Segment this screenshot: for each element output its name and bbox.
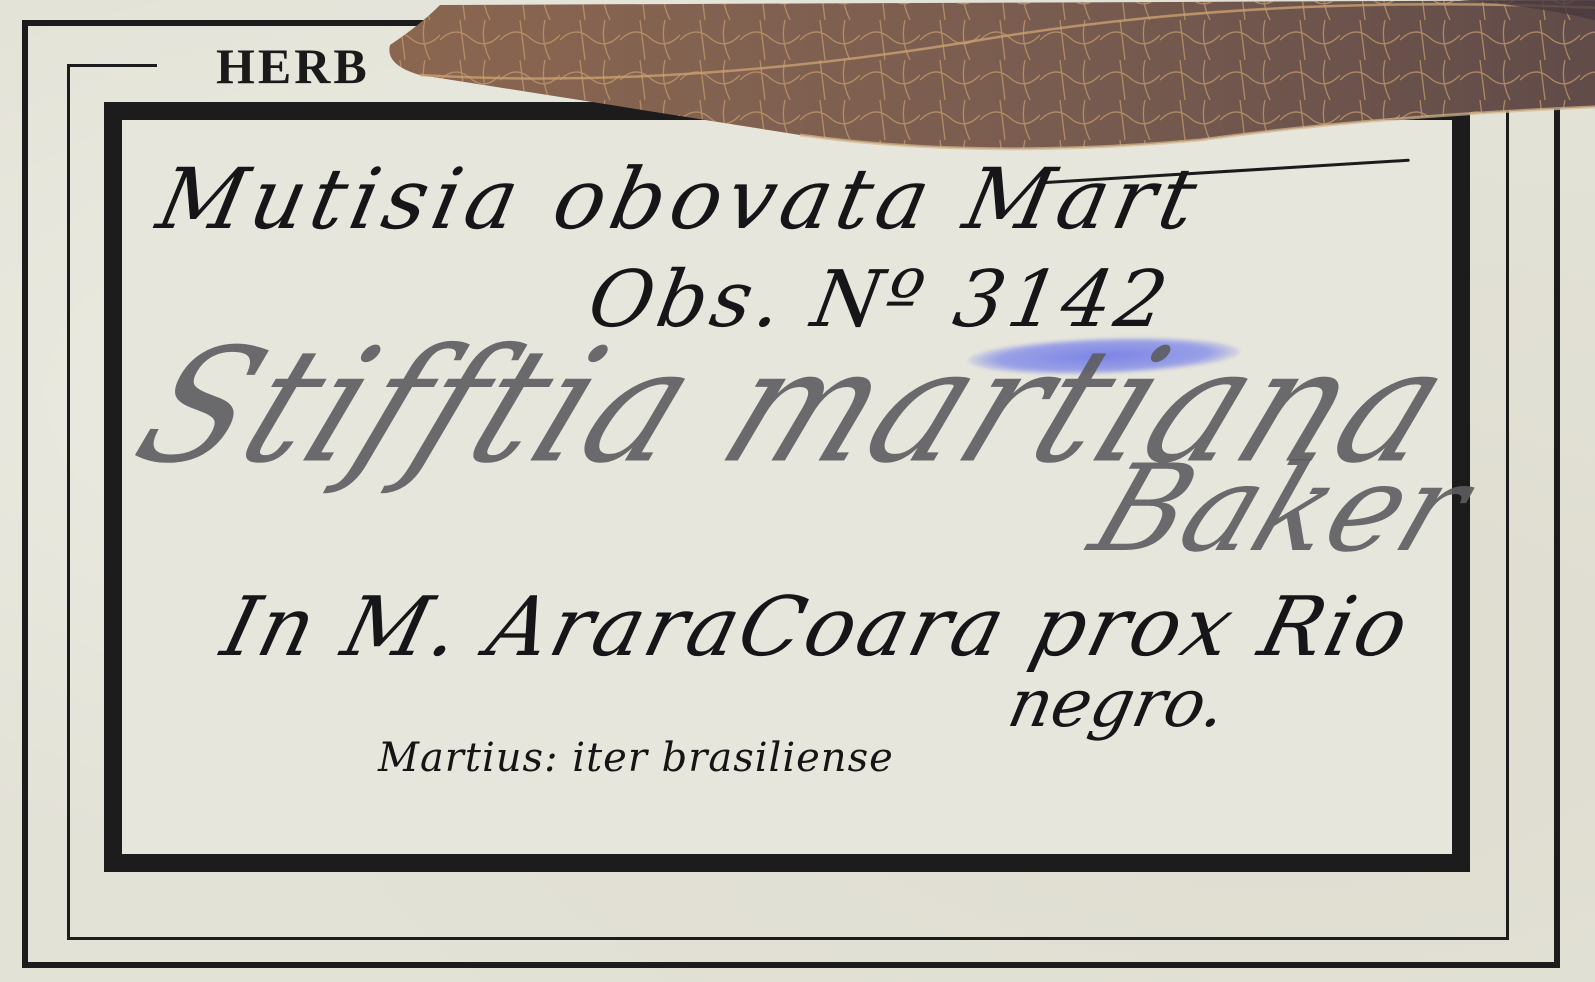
ink-locality: In M. AraraCoara prox Rio bbox=[213, 580, 1420, 675]
printed-collection-footer: Martius: iter brasiliense bbox=[378, 735, 894, 781]
pencil-determiner-name: Baker bbox=[1075, 440, 1486, 579]
dried-leaf-specimen bbox=[380, 0, 1595, 165]
ink-locality-continued: negro. bbox=[1002, 665, 1233, 742]
printed-header: HERB bbox=[216, 37, 370, 95]
